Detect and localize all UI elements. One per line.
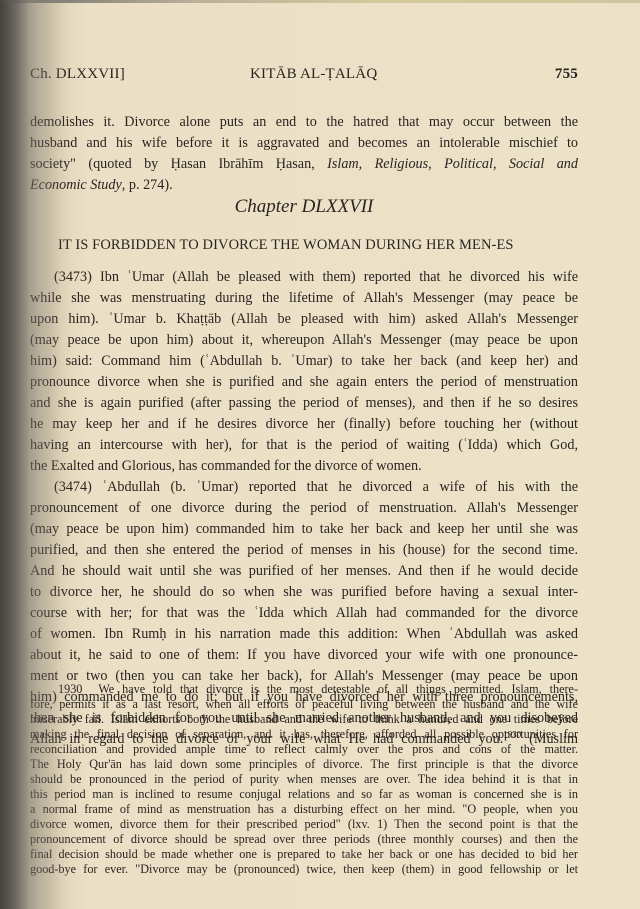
text-line: him) said: Command him (ʿAbdullah b. ʿUm…: [30, 352, 578, 370]
footnote-line: should be pronounced in the period of pu…: [30, 772, 578, 787]
book-title-italic: Economic Study: [30, 177, 122, 193]
running-head: Ch. DLXXVII] KITĀB AL-ṬALĀQ 755: [30, 66, 578, 86]
text-span: society" (quoted by Ḥasan Ibrāhīm Ḥasan,: [30, 156, 327, 172]
text-line: (may peace be upon him) commanded him to…: [30, 520, 578, 538]
text-line: husband and his wife before it is aggrav…: [30, 134, 578, 152]
footnote-line: The Holy Qur'ān has laid down some princ…: [30, 757, 578, 772]
text-line: pronouncement of one divorce during the …: [30, 499, 578, 517]
text-line: demolishes it. Divorce alone puts an end…: [30, 113, 578, 131]
footnote-line: making the final decision of separation,…: [30, 727, 578, 742]
text-line: course with her; for that was the ʿIdda …: [30, 604, 578, 622]
running-head-title: KITĀB AL-ṬALĀQ: [250, 66, 377, 83]
text-line: upon him). ʿUmar b. Khaṭṭāb (Allah be pl…: [30, 310, 578, 328]
text-line: while she was menstruating during the li…: [30, 289, 578, 307]
footnote-line: fore, permits it as a last resort, when …: [30, 697, 578, 712]
text-line: the Exalted and Glorious, has commanded …: [30, 457, 578, 475]
footnote-number: 1930: [58, 682, 82, 696]
text-line: he may keep her and if he desires divorc…: [30, 415, 578, 433]
text-line: purified, and then she entered the perio…: [30, 541, 578, 559]
text-line: about it, he said to one of them: If you…: [30, 646, 578, 664]
chapter-heading: IT IS FORBIDDEN TO DIVORCE THE WOMAN DUR…: [58, 237, 514, 254]
footnote-line: miserably fail. Islam exhorts both the h…: [30, 712, 578, 727]
text-line: of women. Ibn Rumḥ in his narration made…: [30, 625, 578, 643]
footnote-line: 1930 We have told that divorce is the mo…: [58, 682, 578, 697]
footnote-line: divorce women, divorce them for their pr…: [30, 817, 578, 832]
text-span: , p. 274).: [122, 177, 173, 193]
text-line: (3473) Ibn ʿUmar (Allah be pleased with …: [54, 268, 578, 286]
page-number: 755: [555, 66, 578, 83]
running-head-chapter: Ch. DLXXVII]: [30, 66, 125, 83]
text-line: pronounce divorce when she is purified a…: [30, 373, 578, 391]
footnote-line: a normal frame of mind as menstruation h…: [30, 802, 578, 817]
footnote-line: good-bye for ever. "Divorce may be (pron…: [30, 862, 578, 877]
text-line: (may peace be upon him) about it, whereu…: [30, 331, 578, 349]
text-line: having an intercourse with her), for tha…: [30, 436, 578, 454]
book-page: Ch. DLXXVII] KITĀB AL-ṬALĀQ 755 demolish…: [0, 0, 640, 909]
page-top-edge: [0, 0, 640, 3]
book-title-italic: Islam, Religious, Political, Social and: [327, 156, 578, 172]
footnote-line: this period man is inclined to resume co…: [30, 787, 578, 802]
text-line: (3474) ʿAbdullah (b. ʿUmar) reported tha…: [54, 478, 578, 496]
text-line: to divorce her, he should do so when she…: [30, 583, 578, 601]
footnote-line: final decision should be made whether on…: [30, 847, 578, 862]
footnote-line: pronouncement of divorce should be sprea…: [30, 832, 578, 847]
chapter-title: Chapter DLXXVII: [30, 196, 578, 218]
text-line: And he should wait until she was purifie…: [30, 562, 578, 580]
text-span: We have told that divorce is the most de…: [98, 682, 578, 696]
text-line: and she is again purified (after passing…: [30, 394, 578, 412]
text-line: society" (quoted by Ḥasan Ibrāhīm Ḥasan,…: [30, 155, 578, 173]
text-line: Economic Study, p. 274).: [30, 176, 578, 194]
footnote-line: reconciliation and provided ample time t…: [30, 742, 578, 757]
